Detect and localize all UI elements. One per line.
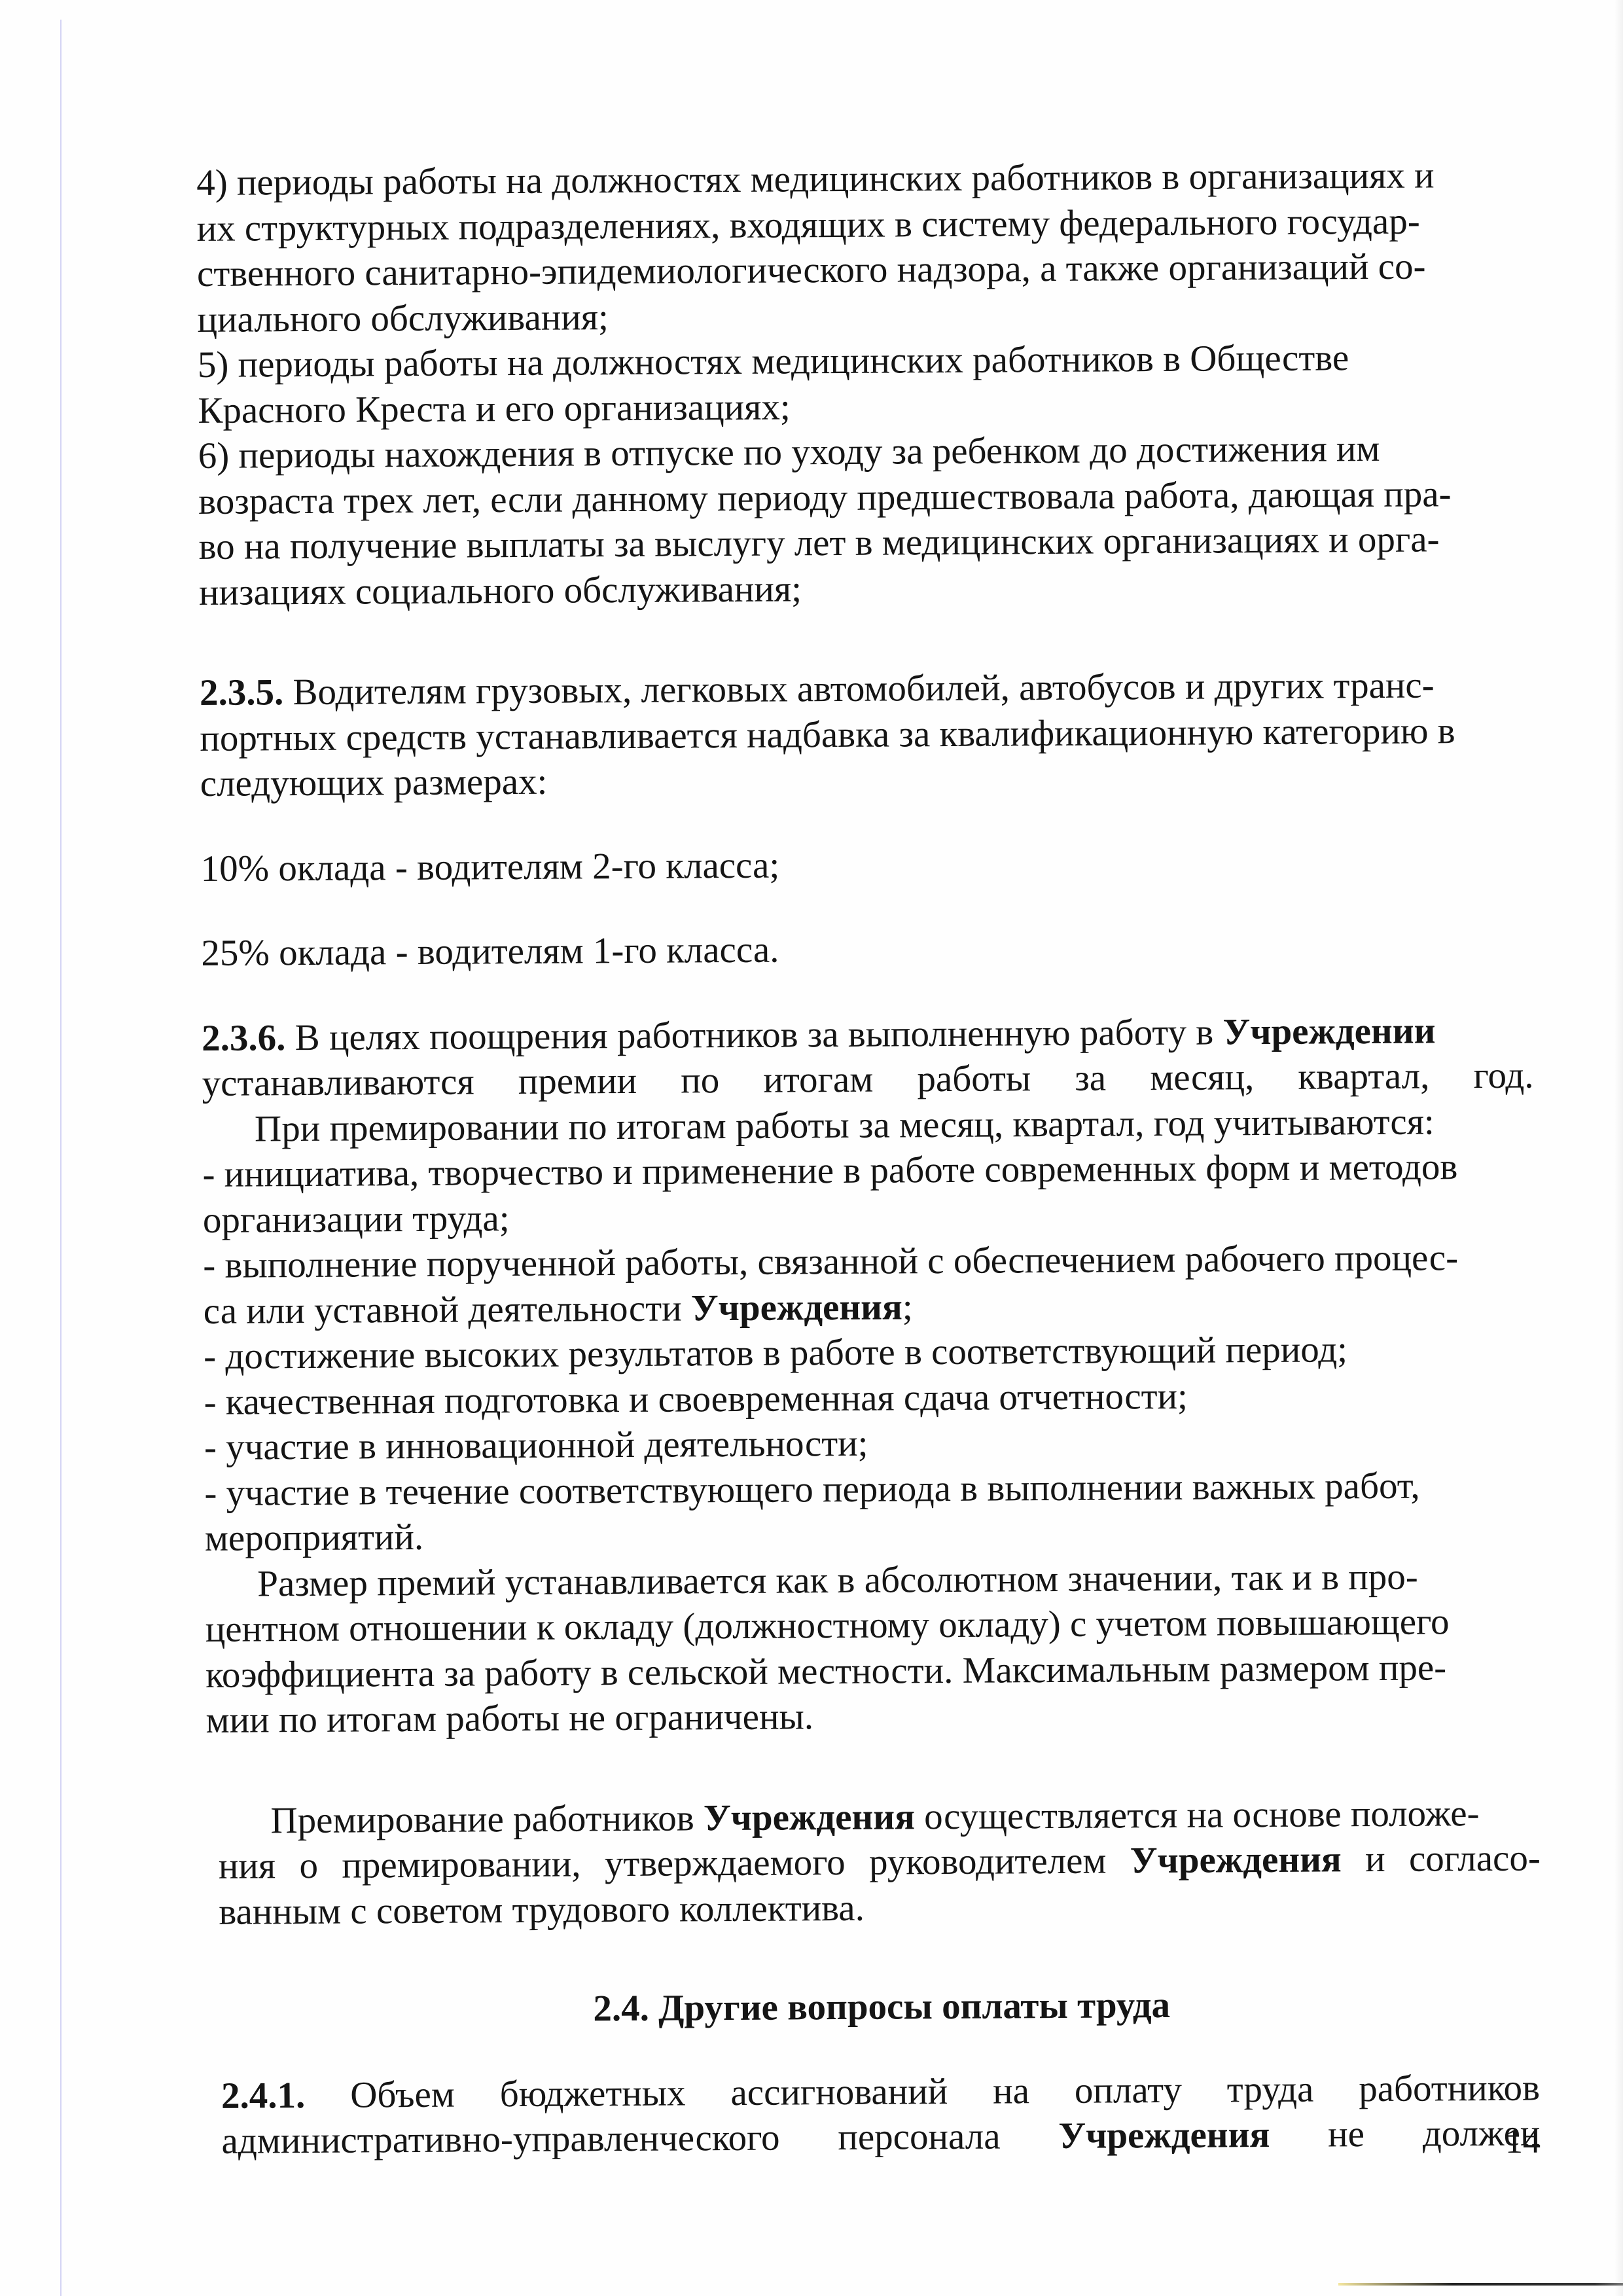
- scan-edge-shade: [1614, 0, 1623, 2296]
- section-heading: 2.4. Другие вопросы оплаты труда: [207, 1980, 1556, 2034]
- text-line: Премирование работников Учреждения осуще…: [218, 1790, 1554, 1844]
- text-line-justified: 2.4.1. Объем бюджетных ассигнований на о…: [221, 2065, 1540, 2119]
- rate-line: 10% оклада - водителям 2-го класса;: [200, 838, 1548, 891]
- text-line-justified: административно-управленческого персонал…: [221, 2111, 1540, 2164]
- text-line: возраста трех лет, если данному периоду …: [198, 471, 1546, 524]
- text-line: ванным с советом трудового коллектива.: [219, 1881, 1555, 1935]
- scanned-page: 4) периоды работы на должностях медицинс…: [0, 0, 1623, 2296]
- text-line: 6) периоды нахождения в отпуске по уходу…: [198, 425, 1546, 478]
- section-2-3-6: 2.3.6. В целях поощрения работников за в…: [202, 1007, 1554, 1744]
- section-number: 2.3.5.: [200, 672, 284, 713]
- text-line: 2.3.5. Водителям грузовых, легковых авто…: [200, 662, 1548, 715]
- text-line: Красного Креста и его организациях;: [198, 380, 1546, 433]
- list-item-4: 4) периоды работы на должностях медицинс…: [196, 152, 1546, 342]
- scan-bottom-edge: [1338, 2283, 1623, 2286]
- text-line-justified: ния о премировании, утверждаемого руково…: [219, 1836, 1541, 1890]
- scan-edge-line: [60, 20, 62, 2296]
- text-line-justified: устанавливаются премии по итогам работы …: [202, 1053, 1533, 1107]
- criteria-line: мероприятий.: [205, 1507, 1553, 1561]
- text-line: следующих размерах:: [200, 753, 1548, 806]
- text-line: При премировании по итогам работы за мес…: [202, 1098, 1550, 1152]
- criteria-line: - качественная подготовка и своевременна…: [204, 1371, 1552, 1425]
- criteria-line: - участие в течение соответствующего пер…: [204, 1462, 1552, 1516]
- page-number: 14: [1505, 2121, 1541, 2161]
- text-line: Размер премий устанавливается как в абсо…: [205, 1553, 1553, 1607]
- criteria-line: - инициатива, творчество и применение в …: [202, 1143, 1550, 1197]
- section-2-3-5: 2.3.5. Водителям грузовых, легковых авто…: [200, 662, 1550, 976]
- text-line: мии по итогам работы не ограничены.: [205, 1689, 1554, 1743]
- text-line: портных средств устанавливается надбавка…: [200, 708, 1548, 761]
- criteria-line: са или уставной деятельности Учреждения;: [204, 1280, 1552, 1334]
- text-line: коэффициента за работу в сельской местно…: [205, 1644, 1554, 1698]
- criteria-line: - участие в инновационной деятельности;: [204, 1416, 1552, 1470]
- text-line: 4) периоды работы на должностях медицинс…: [196, 152, 1544, 206]
- criteria-line: - достижение высоких результатов в работ…: [204, 1325, 1552, 1379]
- rate-line: 25% оклада - водителям 1-го класса.: [201, 922, 1549, 976]
- criteria-line: - выполнение порученной работы, связанно…: [203, 1234, 1551, 1288]
- text-line: 5) периоды работы на должностях медицинс…: [198, 334, 1546, 387]
- text-line: во на получение выплаты за выслугу лет в…: [198, 516, 1546, 569]
- list-item-6: 6) периоды нахождения в отпуске по уходу…: [198, 425, 1548, 615]
- document-body: 4) периоды работы на должностях медицинс…: [196, 152, 1557, 2164]
- text-line: циального обслуживания;: [197, 289, 1545, 342]
- section-2-4-1: 2.4.1. Объем бюджетных ассигнований на о…: [208, 2065, 1557, 2164]
- criteria-line: организации труда;: [203, 1189, 1551, 1243]
- section-number: 2.3.6.: [202, 1017, 286, 1059]
- text-line: их структурных подразделениях, входящих …: [196, 198, 1544, 251]
- bonus-paragraph: Премирование работников Учреждения осуще…: [206, 1790, 1555, 1935]
- section-number: 2.4.1.: [221, 2073, 306, 2119]
- list-item-5: 5) периоды работы на должностях медицинс…: [198, 334, 1546, 433]
- text-line: ственного санитарно-эпидемиологического …: [197, 243, 1545, 296]
- text-line: низациях социального обслуживания;: [199, 562, 1547, 615]
- text-line: 2.3.6. В целях поощрения работников за в…: [202, 1007, 1550, 1061]
- text-line: центном отношении к окладу (должностному…: [205, 1598, 1554, 1652]
